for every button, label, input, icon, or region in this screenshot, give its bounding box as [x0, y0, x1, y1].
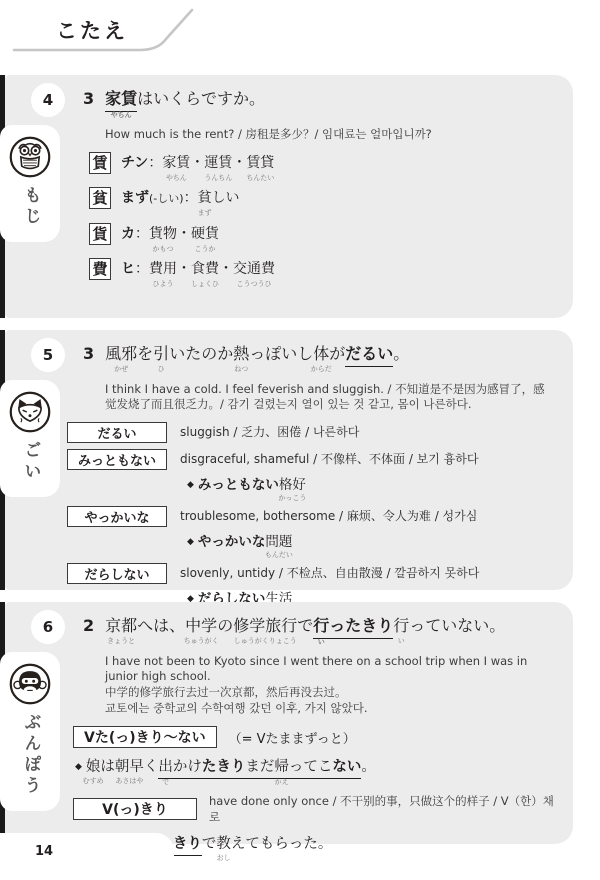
kanji-entry-row: 賃 チン：家賃やちん・運賃うんちん・賃貸ちんたい: [89, 152, 555, 174]
kanji-box: 貧: [89, 187, 111, 209]
vocab-definition: sluggish / 乏力、困倦 / 나른하다: [180, 422, 359, 443]
section-card-moji: 4 もじ 3家賃やちんはいくらですか。 How much is the rent…: [5, 75, 573, 318]
section-number-badge: 5: [31, 338, 65, 372]
example-text: みっともない格好かっこう: [198, 477, 306, 493]
question-row: 3家賃やちんはいくらですか。: [83, 88, 555, 112]
translation-text: I think I have a cold. I feel feverish a…: [105, 382, 555, 412]
footer-page-tab: 14: [0, 833, 174, 880]
example-text: 娘むすめは朝早あさはやく出でかけたきりまだ帰かえってこない。: [86, 759, 376, 775]
vocab-entry-row: みっともない disgraceful, shameful / 不像样、不体面 /…: [67, 449, 555, 470]
grammar-entry-row: Vた(っ)きり～ない （= Vたままずっと）: [73, 726, 555, 748]
vocab-definition: disgraceful, shameful / 不像样、不体面 / 보기 흉하다: [180, 449, 478, 470]
question-number: 2: [83, 616, 94, 635]
sidebar-tab-moji: もじ: [0, 125, 60, 242]
question-text: 京都きょうとへは、中学ちゅうがくの修学旅行しゅうがくりょこうで行いったきり行いっ…: [105, 616, 505, 635]
vocab-entry-row: だるい sluggish / 乏力、困倦 / 나른하다: [67, 422, 555, 443]
question-number: 3: [83, 89, 94, 108]
sidebar-tab-goi: ごい: [0, 380, 60, 497]
fox-stamp-icon: [8, 390, 52, 434]
vocab-example: ◆みっともない格好かっこう: [187, 476, 555, 494]
grammar-definition: have done only once / 不干别的事，只做这个的样子 / V（…: [209, 793, 555, 825]
section-content: 3家賃やちんはいくらですか。 How much is the rent? / 房…: [5, 75, 573, 280]
sidebar-tab-label: ぶんぽう: [22, 713, 39, 797]
grammar-example: ◆娘むすめは朝早あさはやく出でかけたきりまだ帰かえってこない。: [75, 757, 555, 779]
question-text: 風邪かぜを引ひいたのか熱ねつっぽいし体からだがだるい。: [105, 344, 409, 363]
vocab-entry-row: やっかいな troublesome, bothersome / 麻烦、令人为难 …: [67, 506, 555, 527]
kanji-entry-row: 貨 カ：貨物かもつ・硬貨こうか: [89, 223, 555, 245]
translation-chinese: 中学的修学旅行去过一次京都，然后再没去过。: [105, 685, 555, 700]
diamond-bullet: ◆: [187, 480, 194, 490]
kanji-entry-row: 貧 まず (-しい)：貧まずしい: [89, 187, 555, 210]
kanji-entry-list: 賃 チン：家賃やちん・運賃うんちん・賃貸ちんたい 貧 まず (-しい)：貧まずし…: [89, 152, 555, 280]
grammar-pattern-box: Vた(っ)きり～ない: [73, 726, 217, 748]
grammar-pattern-box: V(っ)きり: [73, 798, 197, 820]
vocab-term-box: やっかいな: [67, 506, 167, 527]
example-text: やっかいな問題もんだい: [198, 534, 293, 550]
monkey-stamp-icon: [8, 662, 52, 706]
section-content: 3風邪かぜを引ひいたのか熱ねつっぽいし体からだがだるい。 I think I h…: [5, 330, 573, 608]
translation-english: I have not been to Kyoto since I went th…: [105, 654, 555, 684]
kanji-box: 貨: [89, 223, 111, 245]
page-header: こたえ: [0, 0, 600, 72]
question-row: 2京都きょうとへは、中学ちゅうがくの修学旅行しゅうがくりょこうで行いったきり行い…: [83, 615, 555, 639]
grammar-entry-row: V(っ)きり have done only once / 不干别的事，只做这个的…: [73, 793, 555, 825]
page-number: 14: [35, 844, 53, 859]
kanji-entry-row: 費 ヒ：費用ひよう・食費しょくひ・交通費こうつうひ: [89, 258, 555, 280]
owl-stamp-icon: [8, 135, 52, 179]
kanji-box: 費: [89, 258, 111, 280]
translation-block: I have not been to Kyoto since I went th…: [105, 654, 555, 716]
vocab-definition: slovenly, untidy / 不检点、自由散漫 / 깔끔하지 못하다: [180, 563, 479, 584]
question-number: 3: [83, 344, 94, 363]
section-card-bunpou: 6 ぶんぽう 2京都きょうとへは、中学ちゅうがくの修学旅行しゅうがくりょこうで行…: [5, 602, 573, 844]
vocab-entry-list: だるい sluggish / 乏力、困倦 / 나른하다 みっともない disgr…: [67, 422, 555, 608]
section-number-badge: 6: [31, 610, 65, 644]
sidebar-tab-label: ごい: [22, 441, 39, 483]
section-number-badge: 4: [31, 83, 65, 117]
kanji-reading: ヒ：費用ひよう・食費しょくひ・交通費こうつうひ: [121, 258, 275, 280]
translation-text: How much is the rent? / 房租是多少？/ 임대료는 얼마입…: [105, 127, 555, 142]
question-text: 家賃やちんはいくらですか。: [105, 89, 265, 108]
vocab-entry-row: だらしない slovenly, untidy / 不检点、自由散漫 / 깔끔하지…: [67, 563, 555, 584]
section-card-goi: 5 ごい 3風邪かぜを引ひいたのか熱ねつっぽいし体からだがだるい。 I thin…: [5, 330, 573, 590]
vocab-term-box: だるい: [67, 422, 167, 443]
diamond-bullet: ◆: [75, 762, 82, 772]
grammar-note: （= Vたままずっと）: [229, 728, 356, 747]
vocab-term-box: だらしない: [67, 563, 167, 584]
kanji-box: 賃: [89, 152, 111, 174]
answer-sections: 4 もじ 3家賃やちんはいくらですか。 How much is the rent…: [0, 75, 600, 844]
diamond-bullet: ◆: [187, 537, 194, 547]
section-content: 2京都きょうとへは、中学ちゅうがくの修学旅行しゅうがくりょこうで行いったきり行い…: [5, 602, 573, 856]
page-title: こたえ: [56, 15, 128, 45]
kanji-reading: カ：貨物かもつ・硬貨こうか: [121, 223, 219, 245]
sidebar-tab-bunpou: ぶんぽう: [0, 652, 60, 811]
translation-korean: 교토에는 중학교의 수학여행 갔던 이후, 가지 않았다.: [105, 701, 555, 716]
kanji-reading: チン：家賃やちん・運賃うんちん・賃貸ちんたい: [121, 152, 274, 174]
vocab-example: ◆やっかいな問題もんだい: [187, 533, 555, 551]
vocab-definition: troublesome, bothersome / 麻烦、令人为难 / 성가심: [180, 506, 477, 527]
vocab-term-box: みっともない: [67, 449, 167, 470]
question-row: 3風邪かぜを引ひいたのか熱ねつっぽいし体からだがだるい。: [83, 343, 555, 367]
sidebar-tab-label: もじ: [22, 186, 39, 228]
kanji-reading: まず (-しい)：貧まずしい: [121, 187, 240, 210]
